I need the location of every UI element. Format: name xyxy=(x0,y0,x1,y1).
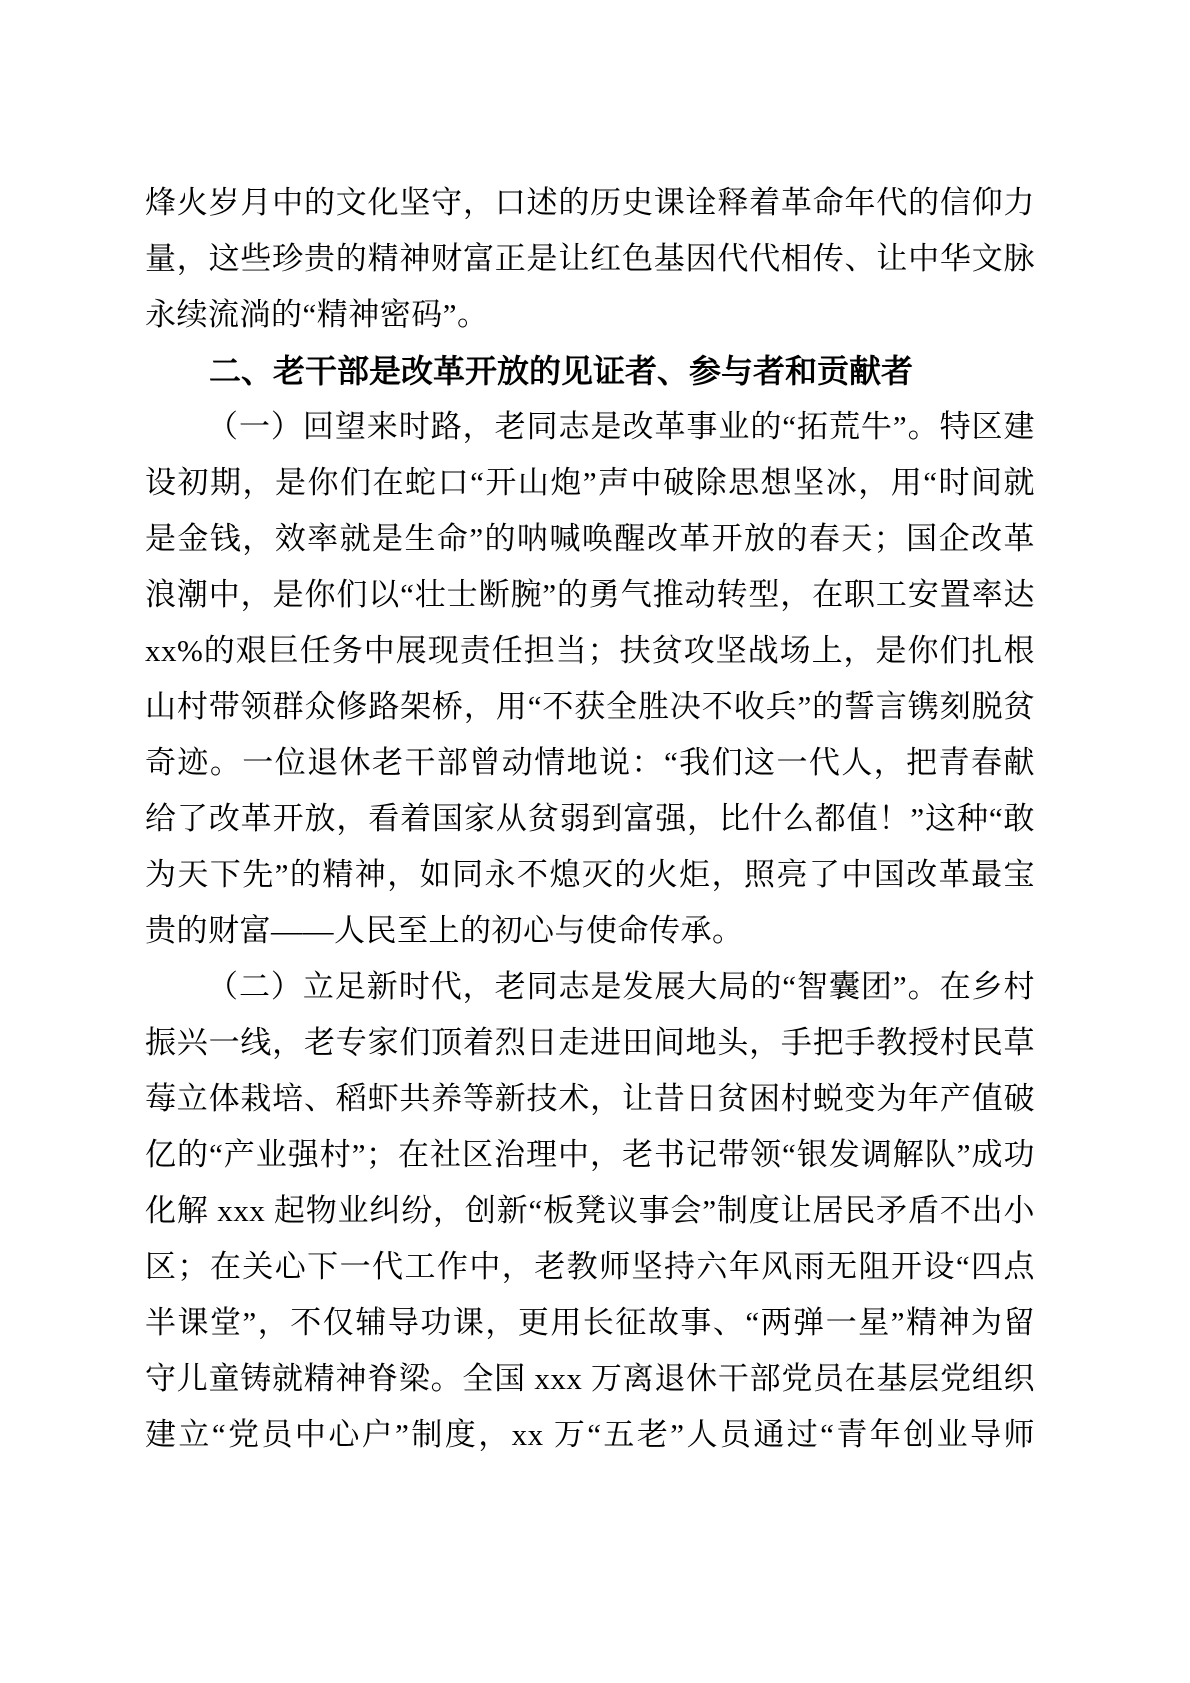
document-line-23: 建立“党员中心户”制度，xx 万“五老”人员通过“青年创业导师 xyxy=(145,1407,1035,1463)
document-line-20: 区；在关心下一代工作中，老教师坚持六年风雨无阻开设“四点 xyxy=(145,1239,1035,1295)
document-line-21: 半课堂”，不仅辅导功课，更用长征故事、“两弹一星”精神为留 xyxy=(145,1295,1035,1351)
document-line-22: 守儿童铸就精神脊梁。全国 xxx 万离退休干部党员在基层党组织 xyxy=(145,1351,1035,1407)
document-line-5: （一）回望来时路，老同志是改革事业的“拓荒牛”。特区建 xyxy=(145,399,1035,455)
document-line-15: （二）立足新时代，老同志是发展大局的“智囊团”。在乡村 xyxy=(145,959,1035,1015)
document-page: 烽火岁月中的文化坚守，口述的历史课诠释着革命年代的信仰力量，这些珍贵的精神财富正… xyxy=(0,0,1190,1683)
document-line-19: 化解 xxx 起物业纠纷，创新“板凳议事会”制度让居民矛盾不出小 xyxy=(145,1183,1035,1239)
document-line-11: 奇迹。一位退休老干部曾动情地说：“我们这一代人，把青春献 xyxy=(145,735,1035,791)
document-line-12: 给了改革开放，看着国家从贫弱到富强，比什么都值！”这种“敢 xyxy=(145,791,1035,847)
document-line-1: 烽火岁月中的文化坚守，口述的历史课诠释着革命年代的信仰力 xyxy=(145,175,1035,231)
section-heading: 二、老干部是改革开放的见证者、参与者和贡献者 xyxy=(145,343,1035,399)
document-line-3: 永续流淌的“精神密码”。 xyxy=(145,287,1035,343)
document-line-8: 浪潮中，是你们以“壮士断腕”的勇气推动转型，在职工安置率达 xyxy=(145,567,1035,623)
document-line-10: 山村带领群众修路架桥，用“不获全胜决不收兵”的誓言镌刻脱贫 xyxy=(145,679,1035,735)
document-line-16: 振兴一线，老专家们顶着烈日走进田间地头，手把手教授村民草 xyxy=(145,1015,1035,1071)
document-body: 烽火岁月中的文化坚守，口述的历史课诠释着革命年代的信仰力量，这些珍贵的精神财富正… xyxy=(145,175,1035,1463)
document-line-13: 为天下先”的精神，如同永不熄灭的火炬，照亮了中国改革最宝 xyxy=(145,847,1035,903)
document-line-17: 莓立体栽培、稻虾共养等新技术，让昔日贫困村蜕变为年产值破 xyxy=(145,1071,1035,1127)
document-line-7: 是金钱，效率就是生命”的呐喊唤醒改革开放的春天；国企改革 xyxy=(145,511,1035,567)
document-line-2: 量，这些珍贵的精神财富正是让红色基因代代相传、让中华文脉 xyxy=(145,231,1035,287)
document-line-6: 设初期，是你们在蛇口“开山炮”声中破除思想坚冰，用“时间就 xyxy=(145,455,1035,511)
document-line-18: 亿的“产业强村”；在社区治理中，老书记带领“银发调解队”成功 xyxy=(145,1127,1035,1183)
document-line-14: 贵的财富——人民至上的初心与使命传承。 xyxy=(145,903,1035,959)
document-line-9: xx%的艰巨任务中展现责任担当；扶贫攻坚战场上，是你们扎根 xyxy=(145,623,1035,679)
